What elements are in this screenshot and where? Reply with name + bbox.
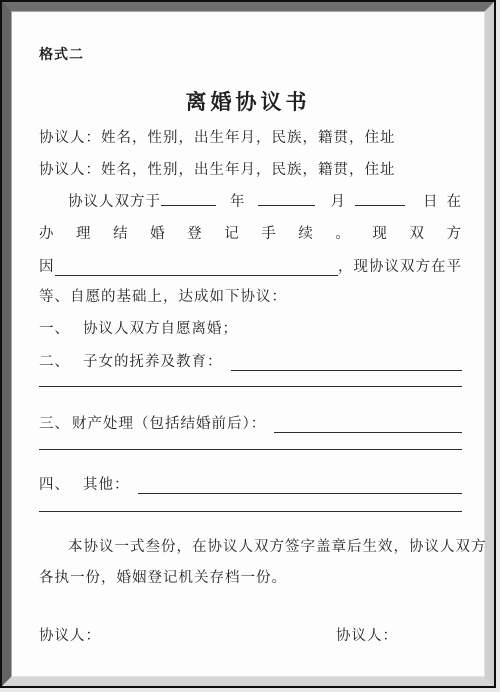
item-4-blank [138, 476, 463, 494]
basis-line: 等、自愿的基础上，达成如下协议： [39, 285, 462, 307]
month-blank [258, 190, 315, 206]
month-label: 月 [331, 194, 347, 210]
item-1: 一、协议人双方自愿离婚； [39, 317, 462, 339]
item-2-number: 二、 [39, 350, 70, 371]
closing-line-2: 各执一份，婚姻登记机关存档一份。 [39, 566, 462, 588]
signature-left-label: 协议人： [39, 624, 101, 645]
document-page: 格式二 离婚协议书 协议人：姓名，性别，出生年月，民族，籍贯，住址 协议人：姓名… [11, 11, 485, 677]
item-2-blank [231, 353, 463, 371]
reason-blank [55, 258, 339, 276]
writing-line [39, 386, 462, 387]
registration-line: 办理结婚登记手续。现双方 [39, 222, 462, 244]
item-3-blank [274, 415, 462, 433]
item-4-number: 四、 [39, 473, 70, 494]
writing-line [39, 449, 462, 450]
day-suffix: 日在 [423, 194, 470, 210]
item-3: 三、财产处理（包括结婚前后）： [39, 411, 462, 433]
frame-bevel: 格式二 离婚协议书 协议人：姓名，性别，出生年月，民族，籍贯，住址 协议人：姓名… [2, 2, 494, 686]
reason-line: 因 ，现协议双方在平 [39, 254, 462, 276]
reason-suffix: ，现协议双方在平 [338, 255, 462, 276]
format-label: 格式二 [39, 44, 462, 66]
item-3-text: 财产处理（包括结婚前后）： [72, 412, 266, 433]
closing-line-1: 本协议一式叁份，在协议人双方签字盖章后生效，协议人双方 [39, 535, 462, 557]
item-1-number: 一、 [39, 317, 70, 338]
item-1-text: 协议人双方自愿离婚； [83, 317, 238, 338]
reason-prefix: 因 [39, 255, 55, 276]
year-label: 年 [230, 194, 246, 210]
date-line-prefix: 协议人双方于 [39, 194, 161, 210]
writing-line [39, 511, 462, 512]
party-line-1: 协议人：姓名，性别，出生年月，民族，籍贯，住址 [39, 126, 462, 148]
date-line: 协议人双方于年月日在 [39, 190, 462, 212]
document-title: 离婚协议书 [12, 86, 484, 116]
item-4: 四、其他： [39, 472, 462, 494]
item-2: 二、子女的抚养及教育： [39, 349, 462, 371]
item-2-text: 子女的抚养及教育： [83, 350, 223, 371]
signature-row: 协议人： 协议人： [39, 624, 462, 646]
item-4-text: 其他： [83, 473, 130, 494]
item-3-number: 三、 [39, 412, 70, 433]
signature-right-label: 协议人： [336, 624, 398, 645]
year-blank [161, 190, 216, 206]
party-line-2: 协议人：姓名，性别，出生年月，民族，籍贯，住址 [39, 158, 462, 180]
day-blank [355, 190, 405, 206]
framed-document: 格式二 离婚协议书 协议人：姓名，性别，出生年月，民族，籍贯，住址 协议人：姓名… [0, 0, 496, 688]
